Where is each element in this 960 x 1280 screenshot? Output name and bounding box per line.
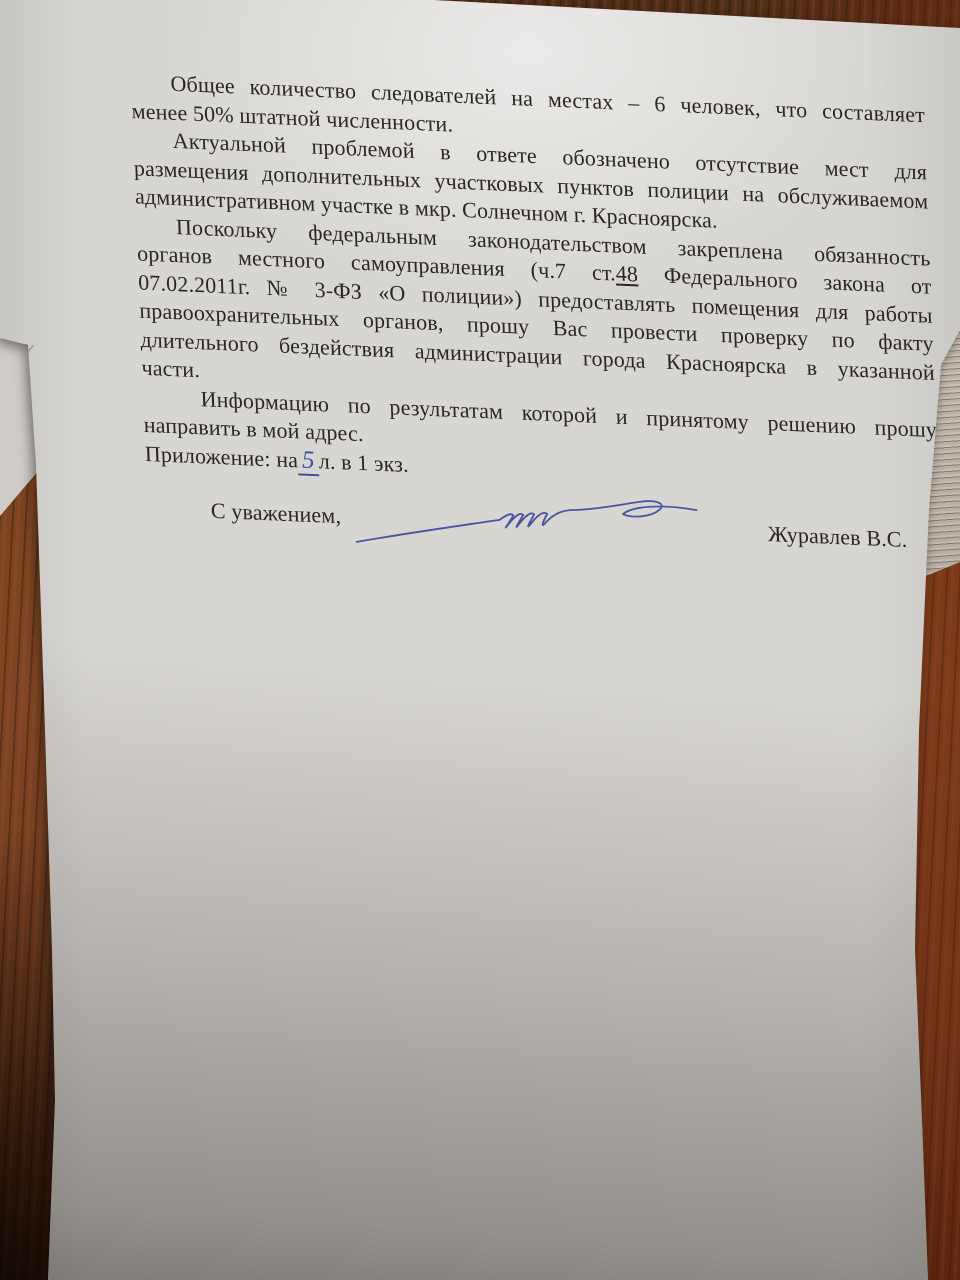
attachment-label: Приложение: на	[144, 440, 298, 471]
letter-body: Общее количество следователей на местах …	[130, 68, 942, 556]
handwritten-signature	[350, 476, 703, 565]
attachment-pages-handwritten: 5	[297, 446, 319, 476]
statute-number-underlined: 48	[615, 260, 638, 286]
attachment-unit: л. в 1 экз.	[318, 448, 409, 477]
paragraph-law-request: Поскольку федеральным законодательством …	[135, 211, 936, 416]
signer-name: Журавлев В.С.	[767, 520, 907, 554]
closing-salutation: С уважением,	[210, 497, 341, 531]
paper-crease	[0, 345, 34, 388]
photo-of-letter-on-desk: Общее количество следователей на местах …	[0, 0, 960, 1280]
